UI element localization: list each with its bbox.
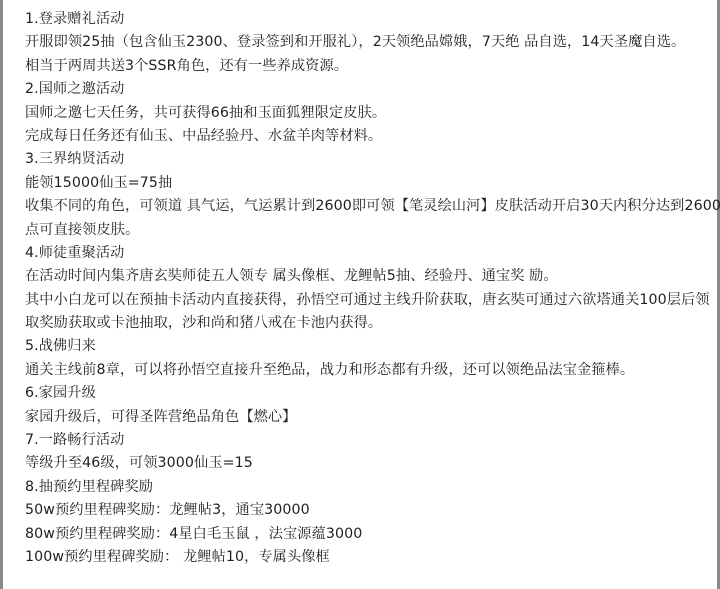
- section-text: 开服即领25抽（包含仙玉2300、登录签到和开服礼），2天领绝品嫦娥，7天绝 品…: [25, 31, 711, 54]
- milestone-50w: 50w预约里程碑奖励：龙鲤帖3，通宝30000: [25, 499, 711, 522]
- section-text: 在活动时间内集齐唐玄奘师徒五人领专 属头像框、龙鲤帖5抽、经验丹、通宝奖 励。: [25, 265, 711, 288]
- section-login-gift: 1.登录赠礼活动 开服即领25抽（包含仙玉2300、登录签到和开服礼），2天领绝…: [25, 8, 711, 78]
- section-guoshi-invite: 2.国师之邀活动 国师之邀七天任务，共可获得66抽和玉面狐狸限定皮肤。 完成每日…: [25, 78, 711, 148]
- section-text: 收集不同的角色，可领道 具气运，气运累计到2600即可领【笔灵绘山河】皮肤活动开…: [25, 195, 711, 218]
- section-text: 国师之邀七天任务，共可获得66抽和玉面狐狸限定皮肤。: [25, 102, 711, 125]
- section-text: 其中小白龙可以在预抽卡活动内直接获得，孙悟空可通过主线升阶获取，唐玄奘可通过六欲…: [25, 289, 711, 312]
- section-text: 家园升级后，可得圣阵营绝品角色【燃心】: [25, 406, 711, 429]
- section-text: 取奖励获取或卡池抽取，沙和尚和猪八戒在卡池内获得。: [25, 312, 711, 335]
- document-frame: 1.登录赠礼活动 开服即领25抽（包含仙玉2300、登录签到和开服礼），2天领绝…: [0, 0, 720, 589]
- section-text: 点可直接领皮肤。: [25, 219, 711, 242]
- milestone-80w: 80w预约里程碑奖励：4星白毛玉鼠 ，法宝源蕴3000: [25, 523, 711, 546]
- section-text: 能领15000仙玉=75抽: [25, 172, 711, 195]
- section-master-disciple-reunion: 4.师徒重聚活动 在活动时间内集齐唐玄奘师徒五人领专 属头像框、龙鲤帖5抽、经验…: [25, 242, 711, 336]
- section-heading: 5.战佛归来: [25, 335, 711, 358]
- section-sanjie-recruit: 3.三界纳贤活动 能领15000仙玉=75抽 收集不同的角色，可领道 具气运，气…: [25, 148, 711, 242]
- section-text: 相当于两周共送3个SSR角色，还有一些养成资源。: [25, 55, 711, 78]
- section-heading: 8.抽预约里程碑奖励: [25, 476, 711, 499]
- section-war-buddha-returns: 5.战佛归来 通关主线前8章，可以将孙悟空直接升至绝品，战力和形态都有升级，还可…: [25, 335, 711, 382]
- section-smooth-journey: 7.一路畅行活动 等级升至46级，可领3000仙玉=15: [25, 429, 711, 476]
- section-heading: 6.家园升级: [25, 382, 711, 405]
- section-text: 等级升至46级，可领3000仙玉=15: [25, 452, 711, 475]
- section-reservation-milestones: 8.抽预约里程碑奖励 50w预约里程碑奖励：龙鲤帖3，通宝30000 80w预约…: [25, 476, 711, 570]
- section-heading: 7.一路畅行活动: [25, 429, 711, 452]
- section-home-upgrade: 6.家园升级 家园升级后，可得圣阵营绝品角色【燃心】: [25, 382, 711, 429]
- section-text: 通关主线前8章，可以将孙悟空直接升至绝品，战力和形态都有升级，还可以领绝品法宝金…: [25, 359, 711, 382]
- section-heading: 1.登录赠礼活动: [25, 8, 711, 31]
- section-heading: 3.三界纳贤活动: [25, 148, 711, 171]
- section-heading: 4.师徒重聚活动: [25, 242, 711, 265]
- section-text: 完成每日任务还有仙玉、中品经验丹、水盆羊肉等材料。: [25, 125, 711, 148]
- document-content: 1.登录赠礼活动 开服即领25抽（包含仙玉2300、登录签到和开服礼），2天领绝…: [25, 8, 711, 569]
- milestone-100w: 100w预约里程碑奖励： 龙鲤帖10，专属头像框: [25, 546, 711, 569]
- section-heading: 2.国师之邀活动: [25, 78, 711, 101]
